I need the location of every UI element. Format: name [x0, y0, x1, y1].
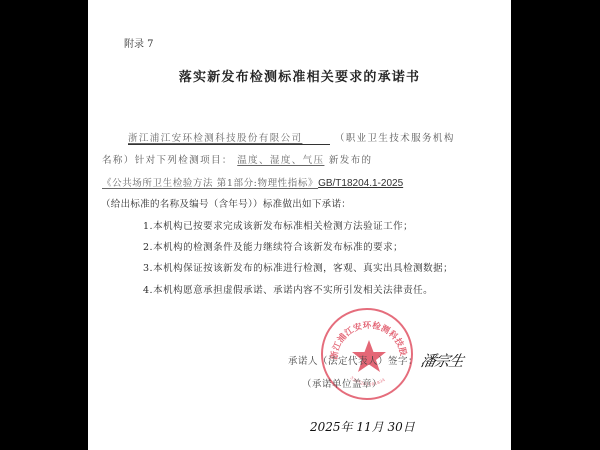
document-page: 附录 7 落实新发布检测标准相关要求的承诺书 浙江浦江安环检测科技股份有限公司 … — [88, 0, 511, 450]
signer-label: 承诺人（法定代表人）签字： — [288, 353, 418, 367]
organization-name: 浙江浦江安环检测科技股份有限公司 — [128, 133, 330, 145]
org-line: 浙江浦江安环检测科技股份有限公司 （职业卫生技术服务机构 — [128, 130, 455, 144]
commitment-item: 4.本机构愿意承担虚假承诺、承诺内容不实所引发相关法律责任。 — [143, 282, 433, 296]
standard-code: GB/T18204.1-2025 — [318, 178, 403, 189]
org-suffix: （职业卫生技术服务机构 — [335, 133, 455, 144]
test-items: 温度、湿度、气压 — [237, 155, 324, 166]
standard-name: 《公共场所卫生检验方法 第1部分:物理性指标》 — [102, 178, 318, 189]
sign-date: 2025年 11月 30日 — [310, 418, 415, 435]
standard-line: 《公共场所卫生检验方法 第1部分:物理性指标》GB/T18204.1-2025 — [102, 175, 403, 189]
document-title: 落实新发布检测标准相关要求的承诺书 — [88, 66, 511, 85]
line2-suffix: 新发布的 — [329, 155, 373, 166]
commitment-item: 1.本机构已按要求完成该新发布标准相关检测方法验证工作； — [143, 218, 413, 232]
commitment-item: 2.本机构的检测条件及能力继续符合该新发布标准的要求； — [143, 239, 403, 253]
test-items-line: 名称）针对下列检测项目： 温度、湿度、气压 新发布的 — [102, 152, 372, 166]
appendix-label: 附录 7 — [124, 35, 154, 50]
line2-prefix: 名称）针对下列检测项目： — [102, 155, 233, 166]
commitment-item: 3.本机构保证按该新发布的标准进行检测，客观、真实出具检测数据； — [143, 260, 453, 274]
seal-label: （承诺单位盖章） — [302, 376, 382, 390]
commitment-intro: （给出标准的名称及编号（含年号））标准做出如下承诺： — [101, 196, 351, 210]
handwritten-signature: 潘宗生 — [419, 350, 465, 371]
